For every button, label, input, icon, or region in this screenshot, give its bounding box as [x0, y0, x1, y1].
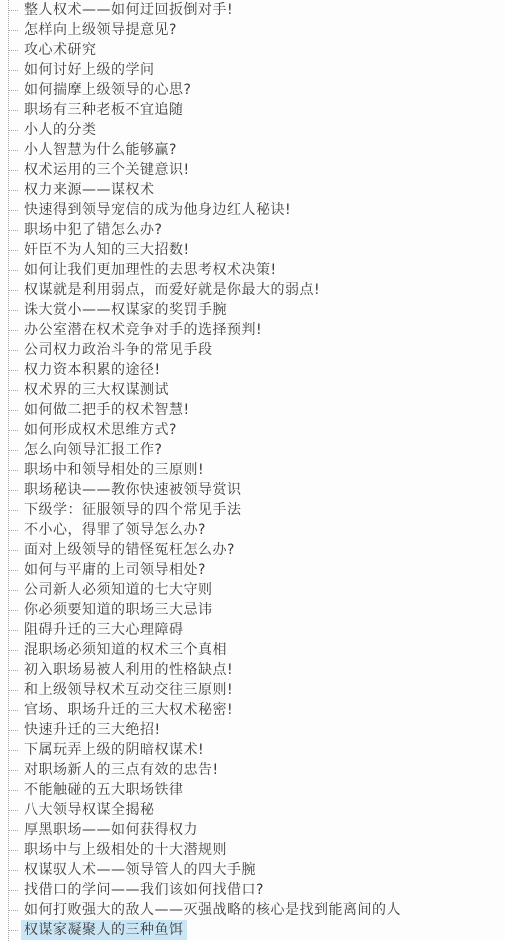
- list-item-label: 怎样向上级领导提意见?: [21, 20, 180, 40]
- list-item[interactable]: 权力来源——谋权术: [9, 180, 505, 200]
- list-item-label: 不小心，得罪了领导怎么办?: [21, 520, 209, 540]
- list-item-label: 你必须要知道的职场三大忌讳: [21, 600, 216, 620]
- list-item[interactable]: 官场、职场升迁的三大权术秘密!: [9, 700, 505, 720]
- list-item[interactable]: 对职场新人的三点有效的忠告!: [9, 760, 505, 780]
- list-item[interactable]: 面对上级领导的错怪冤枉怎么办?: [9, 540, 505, 560]
- tree-branch-line: [9, 870, 18, 871]
- tree-branch-line: [9, 570, 18, 571]
- list-item[interactable]: 快速得到领导宠信的成为他身边红人秘诀!: [9, 200, 505, 220]
- list-item-label: 厚黑职场——如何获得权力: [21, 820, 201, 840]
- list-item-label: 权术运用的三个关键意识!: [21, 160, 193, 180]
- tree-branch-line: [9, 890, 18, 891]
- list-item[interactable]: 整人权术——如何迂回扳倒对手!: [9, 0, 505, 20]
- list-item-label: 混职场必须知道的权术三个真相: [21, 640, 230, 660]
- tree-branch-line: [9, 310, 18, 311]
- tree-branch-line: [9, 130, 18, 131]
- list-item[interactable]: 权力资本积累的途径!: [9, 360, 505, 380]
- list-item-label: 找借口的学问——我们该如何找借口?: [21, 880, 267, 900]
- tree-branch-line: [9, 790, 18, 791]
- list-item[interactable]: 你必须要知道的职场三大忌讳: [9, 600, 505, 620]
- list-item[interactable]: 权术界的三大权谋测试: [9, 380, 505, 400]
- tree-branch-line: [9, 190, 18, 191]
- list-item[interactable]: 职场中犯了错怎么办?: [9, 220, 505, 240]
- list-item-label-selected: 权谋家凝聚人的三种鱼饵: [21, 920, 187, 940]
- tree-branch-line: [9, 810, 18, 811]
- list-item-label: 职场有三种老板不宜追随: [21, 100, 187, 120]
- list-item[interactable]: 小人智慧为什么能够赢?: [9, 140, 505, 160]
- tree-branch-line: [9, 10, 18, 11]
- list-item[interactable]: 混职场必须知道的权术三个真相: [9, 640, 505, 660]
- list-item[interactable]: 快速升迁的三大绝招!: [9, 720, 505, 740]
- tree-branch-line: [9, 370, 18, 371]
- list-item[interactable]: 权谋就是利用弱点，而爱好就是你最大的弱点!: [9, 280, 505, 300]
- list-item-label: 办公室潜在权术竞争对手的选择预判!: [21, 320, 265, 340]
- list-item-label: 快速升迁的三大绝招!: [21, 720, 164, 740]
- list-item[interactable]: 不小心，得罪了领导怎么办?: [9, 520, 505, 540]
- list-item-label: 诛大赏小——权谋家的奖罚手腕: [21, 300, 230, 320]
- list-item[interactable]: 下级学：征服领导的四个常见手法: [9, 500, 505, 520]
- list-item[interactable]: 职场秘诀——教你快速被领导赏识: [9, 480, 505, 500]
- list-item[interactable]: 公司新人必须知道的七大守则: [9, 580, 505, 600]
- list-item-label: 职场中犯了错怎么办?: [21, 220, 165, 240]
- list-item-label: 职场中与上级相处的十大潜规则: [21, 840, 230, 860]
- list-item-label: 攻心术研究: [21, 40, 100, 60]
- list-item-label: 小人智慧为什么能够赢?: [21, 140, 180, 160]
- tree-branch-line: [9, 170, 18, 171]
- list-item-label: 下级学：征服领导的四个常见手法: [21, 500, 245, 520]
- list-item[interactable]: 小人的分类: [9, 120, 505, 140]
- list-item-label: 如何打败强大的敌人——灭强战略的核心是找到能离间的人: [21, 900, 404, 920]
- list-item-label: 初入职场易被人利用的性格缺点!: [21, 660, 236, 680]
- list-item-label: 不能触碰的五大职场铁律: [21, 780, 187, 800]
- list-item[interactable]: 公司权力政治斗争的常见手段: [9, 340, 505, 360]
- list-item[interactable]: 八大领导权谋全揭秘: [9, 800, 505, 820]
- tree-branch-line: [9, 690, 18, 691]
- tree-branch-line: [9, 210, 18, 211]
- list-item-label: 八大领导权谋全揭秘: [21, 800, 158, 820]
- list-item-label: 权谋就是利用弱点，而爱好就是你最大的弱点!: [21, 280, 323, 300]
- tree-branch-line: [9, 850, 18, 851]
- list-item-label: 对职场新人的三点有效的忠告!: [21, 760, 222, 780]
- list-item-label: 如何让我们更加理性的去思考权术决策!: [21, 260, 280, 280]
- tree-branch-line: [9, 390, 18, 391]
- tree-branch-line: [9, 110, 18, 111]
- list-item[interactable]: 下属玩弄上级的阴暗权谋术!: [9, 740, 505, 760]
- list-item[interactable]: 职场有三种老板不宜追随: [9, 100, 505, 120]
- tree-branch-line: [9, 510, 18, 511]
- list-item[interactable]: 权谋家凝聚人的三种鱼饵: [9, 920, 505, 940]
- list-item-label: 奸臣不为人知的三大招数!: [21, 240, 193, 260]
- list-item[interactable]: 职场中和领导相处的三原则!: [9, 460, 505, 480]
- list-item[interactable]: 如何讨好上级的学问: [9, 60, 505, 80]
- list-item-label: 职场中和领导相处的三原则!: [21, 460, 207, 480]
- tree-branch-line: [9, 730, 18, 731]
- tree-branch-line: [9, 430, 18, 431]
- list-item-label: 如何与平庸的上司领导相处?: [21, 560, 209, 580]
- list-item[interactable]: 诛大赏小——权谋家的奖罚手腕: [9, 300, 505, 320]
- tree-branch-line: [9, 270, 18, 271]
- list-item-label: 官场、职场升迁的三大权术秘密!: [21, 700, 236, 720]
- list-item[interactable]: 攻心术研究: [9, 40, 505, 60]
- tree-branch-line: [9, 650, 18, 651]
- tree-branch-line: [9, 670, 18, 671]
- tree-branch-line: [9, 590, 18, 591]
- list-item[interactable]: 怎么向领导汇报工作?: [9, 440, 505, 460]
- list-item[interactable]: 如何打败强大的敌人——灭强战略的核心是找到能离间的人: [9, 900, 505, 920]
- tree-branch-line: [9, 550, 18, 551]
- list-item[interactable]: 找借口的学问——我们该如何找借口?: [9, 880, 505, 900]
- list-item-label: 如何讨好上级的学问: [21, 60, 158, 80]
- tree-branch-line: [9, 750, 18, 751]
- tree-branch-line: [9, 30, 18, 31]
- tree-branch-line: [9, 70, 18, 71]
- tree-branch-line: [9, 490, 18, 491]
- list-item-label: 职场秘诀——教你快速被领导赏识: [21, 480, 245, 500]
- tree-branch-line: [9, 710, 18, 711]
- list-item[interactable]: 权谋驭人术——领导管人的四大手腕: [9, 860, 505, 880]
- tree-branch-line: [9, 90, 18, 91]
- list-item[interactable]: 和上级领导权术互动交往三原则!: [9, 680, 505, 700]
- list-item-label: 公司新人必须知道的七大守则: [21, 580, 216, 600]
- list-item-label: 权术界的三大权谋测试: [21, 380, 172, 400]
- list-item-label: 快速得到领导宠信的成为他身边红人秘诀!: [21, 200, 294, 220]
- list-item-label: 怎么向领导汇报工作?: [21, 440, 165, 460]
- tree-branch-line: [9, 290, 18, 291]
- list-item[interactable]: 如何与平庸的上司领导相处?: [9, 560, 505, 580]
- tree-branch-line: [9, 250, 18, 251]
- list-item-label: 整人权术——如何迂回扳倒对手!: [21, 0, 236, 20]
- chapter-list-rows: 整人权术——如何迂回扳倒对手!怎样向上级领导提意见?攻心术研究如何讨好上级的学问…: [9, 0, 505, 940]
- list-item-label: 如何做二把手的权术智慧!: [21, 400, 193, 420]
- tree-branch-line: [9, 930, 18, 931]
- tree-branch-line: [9, 50, 18, 51]
- list-item[interactable]: 厚黑职场——如何获得权力: [9, 820, 505, 840]
- list-item-label: 阻碍升迁的三大心理障碍: [21, 620, 187, 640]
- tree-branch-line: [9, 230, 18, 231]
- list-item[interactable]: 怎样向上级领导提意见?: [9, 20, 505, 40]
- list-item[interactable]: 阻碍升迁的三大心理障碍: [9, 620, 505, 640]
- tree-branch-line: [9, 410, 18, 411]
- tree-branch-line: [9, 450, 18, 451]
- list-item-label: 下属玩弄上级的阴暗权谋术!: [21, 740, 207, 760]
- list-item-label: 权力资本积累的途径!: [21, 360, 164, 380]
- list-item-label: 如何揣摩上级领导的心思?: [21, 80, 194, 100]
- tree-branch-line: [9, 330, 18, 331]
- list-item-label: 面对上级领导的错怪冤枉怎么办?: [21, 540, 238, 560]
- list-item-label: 权谋驭人术——领导管人的四大手腕: [21, 860, 259, 880]
- tree-branch-line: [9, 150, 18, 151]
- list-item-label: 小人的分类: [21, 120, 100, 140]
- list-item[interactable]: 权术运用的三个关键意识!: [9, 160, 505, 180]
- list-item[interactable]: 如何做二把手的权术智慧!: [9, 400, 505, 420]
- list-item[interactable]: 如何形成权术思维方式?: [9, 420, 505, 440]
- list-item[interactable]: 奸臣不为人知的三大招数!: [9, 240, 505, 260]
- list-item[interactable]: 如何揣摩上级领导的心思?: [9, 80, 505, 100]
- list-item-label: 公司权力政治斗争的常见手段: [21, 340, 216, 360]
- list-item-label: 权力来源——谋权术: [21, 180, 158, 200]
- list-item-label: 如何形成权术思维方式?: [21, 420, 180, 440]
- tree-branch-line: [9, 770, 18, 771]
- list-item-label: 和上级领导权术互动交往三原则!: [21, 680, 236, 700]
- tree-branch-line: [9, 910, 18, 911]
- tree-branch-line: [9, 470, 18, 471]
- list-item[interactable]: 如何让我们更加理性的去思考权术决策!: [9, 260, 505, 280]
- list-item[interactable]: 办公室潜在权术竞争对手的选择预判!: [9, 320, 505, 340]
- list-item[interactable]: 初入职场易被人利用的性格缺点!: [9, 660, 505, 680]
- tree-branch-line: [9, 830, 18, 831]
- chapter-tree-list: 整人权术——如何迂回扳倒对手!怎样向上级领导提意见?攻心术研究如何讨好上级的学问…: [0, 0, 505, 941]
- tree-branch-line: [9, 530, 18, 531]
- tree-branch-line: [9, 630, 18, 631]
- tree-branch-line: [9, 350, 18, 351]
- list-item[interactable]: 不能触碰的五大职场铁律: [9, 780, 505, 800]
- tree-branch-line: [9, 610, 18, 611]
- list-item[interactable]: 职场中与上级相处的十大潜规则: [9, 840, 505, 860]
